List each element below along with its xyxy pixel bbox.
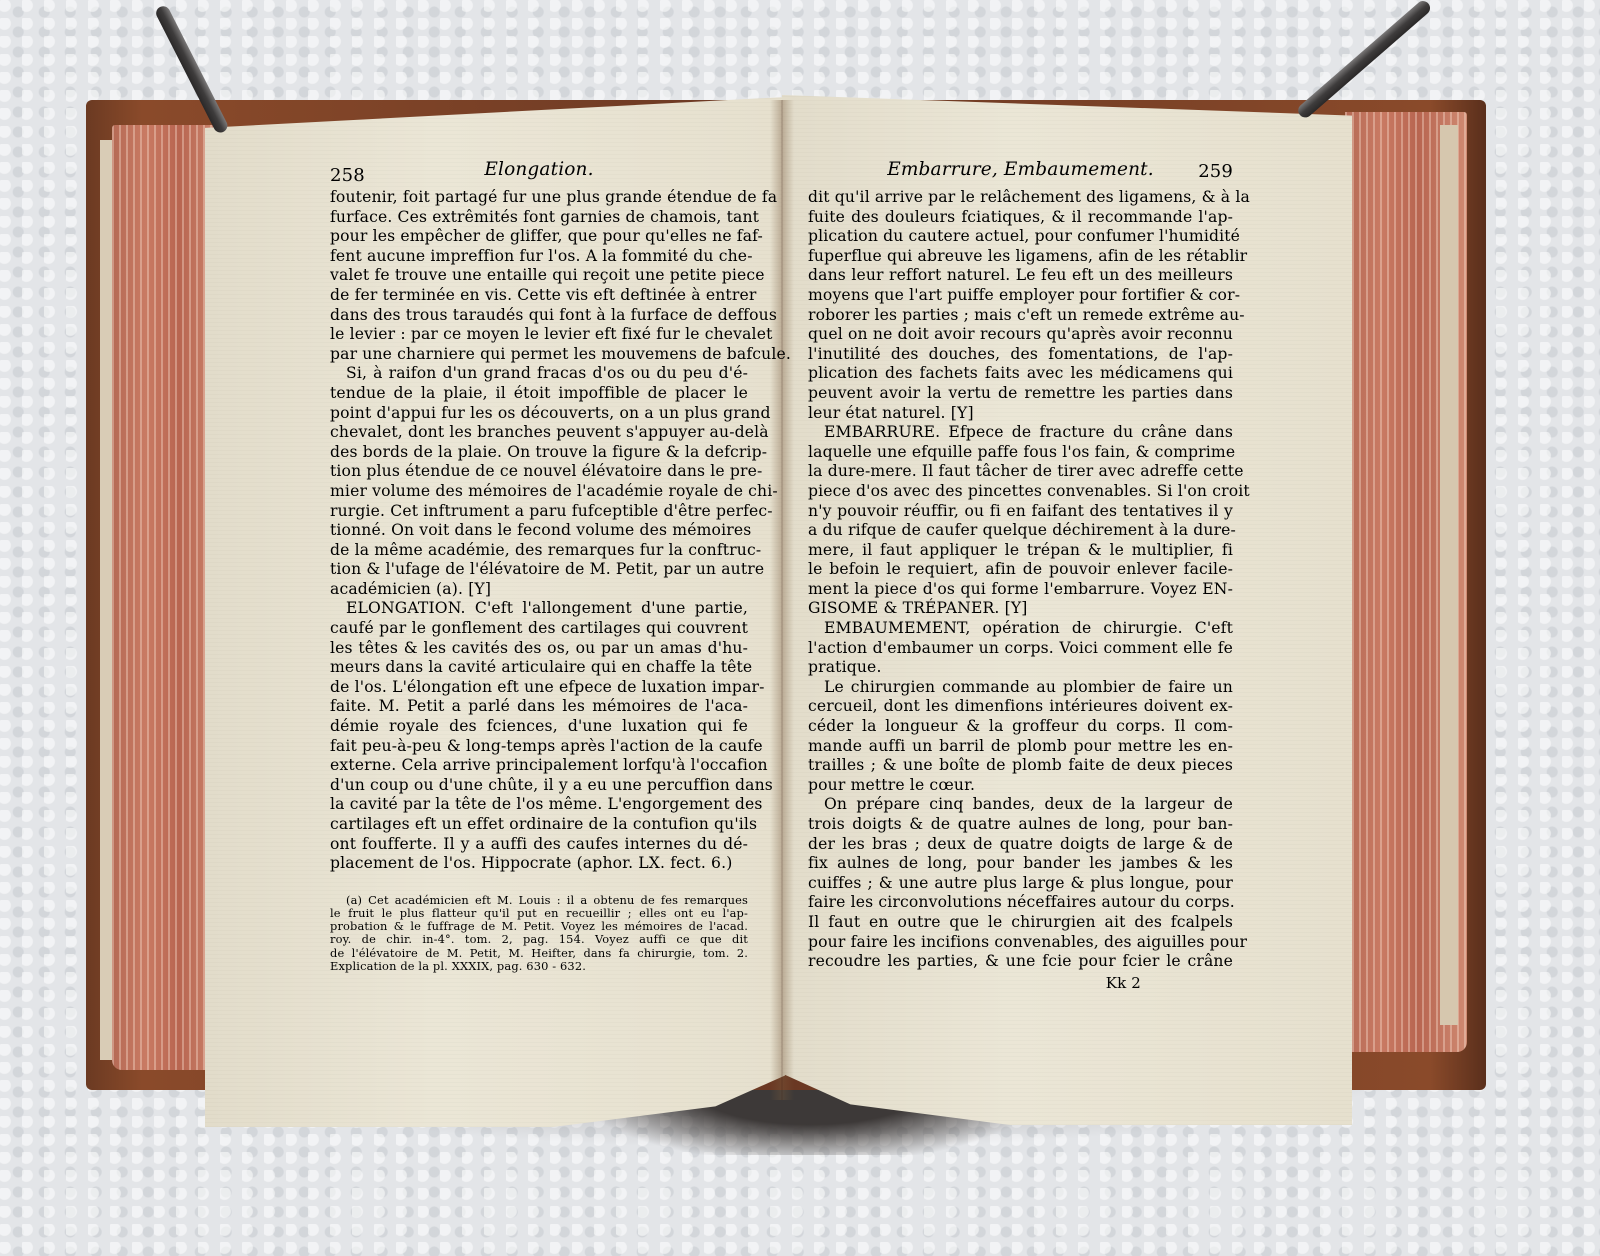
text-line: pratique. bbox=[808, 658, 1233, 678]
text-line: trailles ; & une boîte de plomb faite de… bbox=[808, 756, 1233, 776]
text-line: recoudre les parties, & une fcie pour fc… bbox=[808, 952, 1233, 972]
text-line: GISOME & TRÉPANER. [Y] bbox=[808, 599, 1233, 619]
text-line: académicien (a). [Y] bbox=[330, 580, 748, 600]
text-line: tendue de la plaie, il étoit impoffible … bbox=[330, 384, 748, 404]
right-running-head: Embarrure, Embaumement. 259 bbox=[808, 160, 1233, 188]
text-line: Il faut en outre que le chirurgien ait d… bbox=[808, 913, 1233, 933]
text-line: la cavité par la tête de l'os même. L'en… bbox=[330, 795, 748, 815]
text-line: cuiffes ; & une autre plus large & plus … bbox=[808, 874, 1233, 894]
text-line: pour les empêcher de gliffer, que pour q… bbox=[330, 227, 748, 247]
text-line: n'y pouvoir réuffir, ou fi en faifant de… bbox=[808, 502, 1233, 522]
text-line: placement de l'os. Hippocrate (aphor. LX… bbox=[330, 854, 748, 874]
text-line: l'inutilité des douches, des fomentation… bbox=[808, 345, 1233, 365]
text-line: Le chirurgien commande au plombier de fa… bbox=[808, 678, 1233, 698]
text-line: caufé par le gonflement des cartilages q… bbox=[330, 619, 748, 639]
text-line: EMBAUMEMENT, opération de chirurgie. C'e… bbox=[808, 619, 1233, 639]
text-line: a du rifque de caufer quelque déchiremen… bbox=[808, 521, 1233, 541]
text-line: de fer terminée en vis. Cette vis eft de… bbox=[330, 286, 748, 306]
text-line: plication des fachets faits avec les méd… bbox=[808, 364, 1233, 384]
footnote: (a) Cet académicien eft M. Louis : il a … bbox=[330, 894, 748, 973]
left-body-lines: foutenir, foit partagé fur une plus gran… bbox=[330, 188, 748, 874]
page-number-right: 259 bbox=[1198, 162, 1233, 182]
text-line: mande auffi un barril de plomb pour mett… bbox=[808, 737, 1233, 757]
right-endpaper bbox=[1440, 125, 1458, 1025]
text-line: rurgie. Cet inftrument a paru fufceptibl… bbox=[330, 502, 748, 522]
text-line: moyens que l'art puiffe employer pour fo… bbox=[808, 286, 1233, 306]
text-line: foutenir, foit partagé fur une plus gran… bbox=[330, 188, 748, 208]
text-line: fait peu-à-peu & long-temps après l'acti… bbox=[330, 737, 748, 757]
text-line: Si, à raifon d'un grand fracas d'os ou d… bbox=[330, 364, 748, 384]
right-body-lines: dit qu'il arrive par le relâchement des … bbox=[808, 188, 1233, 972]
running-head-title-right: Embarrure, Embaumement. bbox=[808, 160, 1233, 180]
text-line: de la même académie, des remarques fur l… bbox=[330, 541, 748, 561]
text-line: céder la longueur & la groffeur du corps… bbox=[808, 717, 1233, 737]
text-line: d'un coup ou d'une chûte, il y a eu une … bbox=[330, 776, 748, 796]
book-gutter bbox=[770, 100, 794, 1100]
text-line: dit qu'il arrive par le relâchement des … bbox=[808, 188, 1233, 208]
text-line: der les bras ; deux de quatre doigts de … bbox=[808, 835, 1233, 855]
text-line: meurs dans la cavité articulaire qui en … bbox=[330, 658, 748, 678]
text-line: le befoin le requiert, afin de pouvoir e… bbox=[808, 560, 1233, 580]
text-line: fix aulnes de long, pour bander les jamb… bbox=[808, 854, 1233, 874]
text-line: des bords de la plaie. On trouve la figu… bbox=[330, 443, 748, 463]
page-number-left: 258 bbox=[330, 166, 365, 186]
text-line: de l'os. L'élongation eft une efpece de … bbox=[330, 678, 748, 698]
text-line: fuperflue qui abreuve les ligamens, afin… bbox=[808, 247, 1233, 267]
text-line: cercueil, dont les dimenfions intérieure… bbox=[808, 697, 1233, 717]
left-page-text: 258 Elongation. foutenir, foit partagé f… bbox=[330, 160, 748, 973]
text-line: leur état naturel. [Y] bbox=[808, 404, 1233, 424]
text-line: cartilages eft un effet ordinaire de la … bbox=[330, 815, 748, 835]
text-line: tion plus étendue de ce nouvel élévatoir… bbox=[330, 462, 748, 482]
text-line: faire les circonvolutions néceffaires au… bbox=[808, 893, 1233, 913]
text-line: ment la piece d'os qui forme l'embarrure… bbox=[808, 580, 1233, 600]
text-line: externe. Cela arrive principalement lorf… bbox=[330, 756, 748, 776]
text-line: mier volume des mémoires de l'académie r… bbox=[330, 482, 748, 502]
text-line: l'action d'embaumer un corps. Voici comm… bbox=[808, 639, 1233, 659]
text-line: les têtes & les cavités des os, ou par u… bbox=[330, 639, 748, 659]
text-line: pour mettre le cœur. bbox=[808, 776, 1233, 796]
running-head-title-left: Elongation. bbox=[330, 160, 748, 180]
book-photo: 258 Elongation. foutenir, foit partagé f… bbox=[0, 0, 1600, 1256]
text-line: fuite des douleurs fciatiques, & il reco… bbox=[808, 208, 1233, 228]
text-line: roborer les parties ; mais c'eft un reme… bbox=[808, 306, 1233, 326]
right-page-text: Embarrure, Embaumement. 259 dit qu'il ar… bbox=[808, 160, 1233, 993]
text-line: On prépare cinq bandes, deux de la large… bbox=[808, 795, 1233, 815]
signature-mark: Kk 2 bbox=[808, 974, 1233, 994]
text-line: chevalet, dont les branches peuvent s'ap… bbox=[330, 423, 748, 443]
text-line: dans des trous taraudés qui font à la fu… bbox=[330, 306, 748, 326]
text-line: tion & l'ufage de l'élévatoire de M. Pet… bbox=[330, 560, 748, 580]
text-line: ELONGATION. C'eft l'allongement d'une pa… bbox=[330, 599, 748, 619]
text-line: plication du cautere actuel, pour confum… bbox=[808, 227, 1233, 247]
text-line: EMBARRURE. Efpece de fracture du crâne d… bbox=[808, 423, 1233, 443]
text-line: le levier : par ce moyen le levier eft f… bbox=[330, 325, 748, 345]
text-line: peuvent avoir la vertu de remettre les p… bbox=[808, 384, 1233, 404]
text-line: démie royale des fciences, d'une luxatio… bbox=[330, 717, 748, 737]
text-line: laquelle une efquille paffe fous l'os fa… bbox=[808, 443, 1233, 463]
text-line: par une charniere qui permet les mouveme… bbox=[330, 345, 748, 365]
text-line: fent aucune impreffion fur l'os. A la fo… bbox=[330, 247, 748, 267]
text-line: mere, il faut appliquer le trépan & le m… bbox=[808, 541, 1233, 561]
footnote-line: de l'élévatoire de M. Petit, M. Heifter,… bbox=[330, 947, 748, 960]
left-running-head: 258 Elongation. bbox=[330, 160, 748, 188]
text-line: pour faire les incifions convenables, de… bbox=[808, 933, 1233, 953]
text-line: faite. M. Petit a parlé dans les mémoire… bbox=[330, 697, 748, 717]
text-line: point d'appui fur les os découverts, on … bbox=[330, 404, 748, 424]
text-line: ont foufferte. Il y a auffi des caufes i… bbox=[330, 835, 748, 855]
footnote-line: Explication de la pl. XXXIX, pag. 630 - … bbox=[330, 960, 748, 973]
footnote-line: (a) Cet académicien eft M. Louis : il a … bbox=[330, 894, 748, 907]
text-line: dans leur reffort naturel. Le feu eft un… bbox=[808, 266, 1233, 286]
text-line: furface. Ces extrêmités font garnies de … bbox=[330, 208, 748, 228]
text-line: trois doigts & de quatre aulnes de long,… bbox=[808, 815, 1233, 835]
text-line: tionné. On voit dans le fecond volume de… bbox=[330, 521, 748, 541]
text-line: piece d'os avec des pincettes convenable… bbox=[808, 482, 1233, 502]
text-line: la dure-mere. Il faut tâcher de tirer av… bbox=[808, 462, 1233, 482]
text-line: quel on ne doit avoir recours qu'après a… bbox=[808, 325, 1233, 345]
text-line: valet fe trouve une entaille qui reçoit … bbox=[330, 266, 748, 286]
footnote-line: roy. de chir. in-4°. tom. 2, pag. 154. V… bbox=[330, 933, 748, 946]
